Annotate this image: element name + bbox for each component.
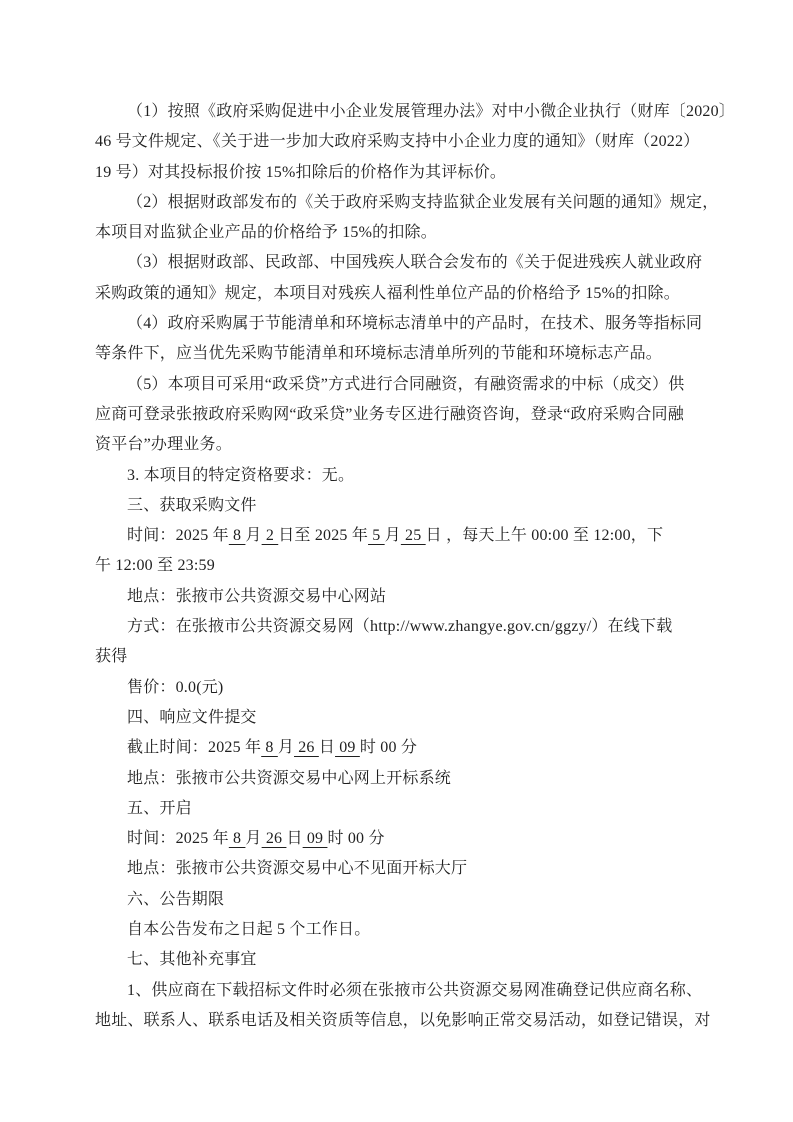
text-segment: 3. 本项目的特定资格要求：无。: [127, 467, 354, 484]
text-segment: 日 ，每天上午 00:00 至 12:00，下: [426, 527, 664, 544]
text-segment: 月: [245, 527, 261, 544]
text-line: 地点：张掖市公共资源交易中心不见面开标大厅: [95, 854, 709, 884]
text-line: （2）根据财政部发布的《关于政府采购支持监狱企业发展有关问题的通知》规定，: [95, 188, 709, 218]
text-line: （5）本项目可采用“政采贷”方式进行合同融资，有融资需求的中标（成交）供: [95, 370, 709, 400]
text-segment: （2）根据财政部发布的《关于政府采购支持监狱企业发展有关问题的通知》规定，: [127, 194, 718, 211]
text-segment: 售价：0.0(元): [127, 679, 223, 696]
section-heading: 五、开启: [95, 794, 709, 824]
text-segment: 地点：张掖市公共资源交易中心网站: [127, 588, 386, 605]
text-line: 截止时间：2025 年 8 月 26 日 09 时 00 分: [95, 733, 709, 763]
text-segment: 采购政策的通知》规定，本项目对残疾人福利性单位产品的价格给予 15%的扣除。: [95, 285, 680, 302]
text-segment: 自本公告发布之日起 5 个工作日。: [127, 921, 370, 938]
underlined-fill-in-value: 2: [262, 527, 279, 544]
text-line: 3. 本项目的特定资格要求：无。: [95, 461, 709, 491]
underlined-fill-in-value: 8: [229, 527, 246, 544]
text-segment: 地点：张掖市公共资源交易中心网上开标系统: [127, 770, 451, 787]
text-segment: 午 12:00 至 23:59: [95, 557, 215, 574]
text-line: 本项目对监狱企业产品的价格给予 15%的扣除。: [95, 218, 709, 248]
text-line: 采购政策的通知》规定，本项目对残疾人福利性单位产品的价格给予 15%的扣除。: [95, 279, 709, 309]
underlined-fill-in-value: 09: [303, 830, 328, 847]
text-segment: 月: [278, 739, 294, 756]
text-line: 自本公告发布之日起 5 个工作日。: [95, 915, 709, 945]
text-line: 46 号文件规定、《关于进一步加大政府采购支持中小企业力度的通知》（财库（202…: [95, 127, 709, 157]
text-line: （3）根据财政部、民政部、中国残疾人联合会发布的《关于促进残疾人就业政府: [95, 248, 709, 278]
section-heading: 四、响应文件提交: [95, 703, 709, 733]
text-segment: 七、其他补充事宜: [127, 951, 257, 968]
text-line: 资平台”办理业务。: [95, 430, 709, 460]
text-segment: 地点：张掖市公共资源交易中心不见面开标大厅: [127, 860, 467, 877]
text-segment: 46 号文件规定、《关于进一步加大政府采购支持中小企业力度的通知》（财库（202…: [95, 133, 699, 150]
text-line: 方式：在张掖市公共资源交易网（http://www.zhangye.gov.cn…: [95, 612, 709, 642]
document-page: （1）按照《政府采购促进中小企业发展管理办法》对中小微企业执行（财库〔2020〕…: [0, 0, 793, 1122]
text-line: 19 号）对其投标报价按 15%扣除后的价格作为其评标价。: [95, 158, 709, 188]
text-segment: 日至 2025 年: [278, 527, 368, 544]
document-body: （1）按照《政府采购促进中小企业发展管理办法》对中小微企业执行（财库〔2020〕…: [95, 97, 709, 1036]
text-line: 地址、联系人、联系电话及相关资质等信息，以免影响正常交易活动，如登记错误，对: [95, 1006, 709, 1036]
text-segment: 月: [245, 830, 261, 847]
text-segment: 时间：2025 年: [127, 527, 229, 544]
text-segment: 三、获取采购文件: [127, 497, 257, 514]
text-line: 等条件下，应当优先采购节能清单和环境标志清单所列的节能和环境标志产品。: [95, 339, 709, 369]
text-segment: 获得: [95, 648, 127, 665]
text-line: 应商可登录张掖政府采购网“政采贷”业务专区进行融资咨询，登录“政府采购合同融: [95, 400, 709, 430]
underlined-fill-in-value: 25: [401, 527, 426, 544]
text-segment: 地址、联系人、联系电话及相关资质等信息，以免影响正常交易活动，如登记错误，对: [95, 1012, 711, 1029]
text-segment: 应商可登录张掖政府采购网“政采贷”业务专区进行融资咨询，登录“政府采购合同融: [95, 406, 684, 423]
text-segment: 截止时间：2025 年: [127, 739, 261, 756]
text-segment: 时间：2025 年: [127, 830, 229, 847]
text-segment: 四、响应文件提交: [127, 709, 257, 726]
text-segment: 等条件下，应当优先采购节能清单和环境标志清单所列的节能和环境标志产品。: [95, 345, 662, 362]
text-line: 时间：2025 年 8 月 2 日至 2025 年 5 月 25 日 ，每天上午…: [95, 521, 709, 551]
section-heading: 六、公告期限: [95, 885, 709, 915]
text-segment: （4）政府采购属于节能清单和环境标志清单中的产品时，在技术、服务等指标同: [127, 315, 702, 332]
underlined-fill-in-value: 26: [294, 739, 319, 756]
underlined-fill-in-value: 8: [261, 739, 278, 756]
text-segment: 日: [319, 739, 335, 756]
section-heading: 三、获取采购文件: [95, 491, 709, 521]
text-line: 获得: [95, 642, 709, 672]
text-segment: 时 00 分: [327, 830, 384, 847]
text-line: 地点：张掖市公共资源交易中心网上开标系统: [95, 764, 709, 794]
text-segment: （1）按照《政府采购促进中小企业发展管理办法》对中小微企业执行（财库〔2020〕: [127, 103, 735, 120]
text-segment: 时 00 分: [360, 739, 417, 756]
text-segment: 1、供应商在下载招标文件时必须在张掖市公共资源交易网准确登记供应商名称、: [127, 982, 702, 999]
text-line: 售价：0.0(元): [95, 673, 709, 703]
underlined-fill-in-value: 8: [229, 830, 246, 847]
text-segment: 19 号）对其投标报价按 15%扣除后的价格作为其评标价。: [95, 164, 506, 181]
text-segment: 日: [286, 830, 302, 847]
text-segment: 六、公告期限: [127, 891, 224, 908]
text-segment: （3）根据财政部、民政部、中国残疾人联合会发布的《关于促进残疾人就业政府: [127, 254, 702, 271]
underlined-fill-in-value: 5: [368, 527, 385, 544]
text-line: 时间：2025 年 8 月 26 日 09 时 00 分: [95, 824, 709, 854]
text-segment: 五、开启: [127, 800, 192, 817]
underlined-fill-in-value: 26: [262, 830, 287, 847]
section-heading: 七、其他补充事宜: [95, 945, 709, 975]
text-line: （4）政府采购属于节能清单和环境标志清单中的产品时，在技术、服务等指标同: [95, 309, 709, 339]
underlined-fill-in-value: 09: [335, 739, 360, 756]
text-segment: 本项目对监狱企业产品的价格给予 15%的扣除。: [95, 224, 437, 241]
text-segment: 资平台”办理业务。: [95, 436, 232, 453]
text-segment: （5）本项目可采用“政采贷”方式进行合同融资，有融资需求的中标（成交）供: [127, 376, 684, 393]
text-segment: 方式：在张掖市公共资源交易网（http://www.zhangye.gov.cn…: [127, 618, 672, 635]
text-line: 地点：张掖市公共资源交易中心网站: [95, 582, 709, 612]
text-line: 午 12:00 至 23:59: [95, 551, 709, 581]
text-line: 1、供应商在下载招标文件时必须在张掖市公共资源交易网准确登记供应商名称、: [95, 976, 709, 1006]
text-segment: 月: [385, 527, 401, 544]
text-line: （1）按照《政府采购促进中小企业发展管理办法》对中小微企业执行（财库〔2020〕: [95, 97, 709, 127]
